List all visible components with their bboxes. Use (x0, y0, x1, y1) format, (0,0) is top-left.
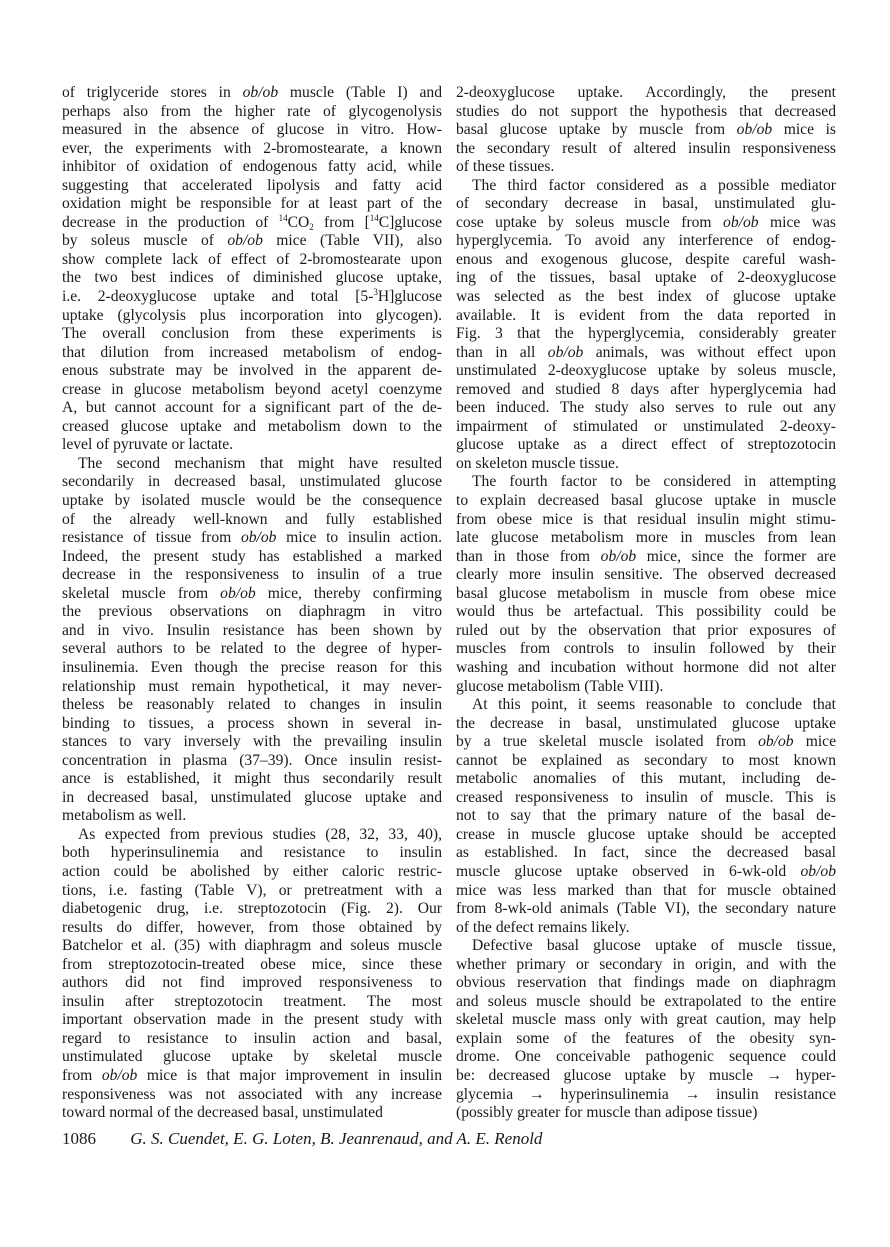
text-line: whether primary or secondary in origin, … (456, 956, 836, 975)
text-line: cose uptake by soleus muscle from ob/ob … (456, 214, 836, 233)
text-line: The third factor considered as a possibl… (456, 177, 836, 196)
text-line: that dilution from increased metabolism … (62, 344, 442, 363)
text-line: of secondary decrease in basal, unstimul… (456, 195, 836, 214)
text-line: removed and studied 8 days after hypergl… (456, 381, 836, 400)
text-line: from obese mice is that residual insulin… (456, 511, 836, 530)
left-column: of triglyceride stores in ob/ob muscle (… (62, 84, 442, 1123)
text-line: of the already well-known and fully esta… (62, 511, 442, 530)
text-line: of triglyceride stores in ob/ob muscle (… (62, 84, 442, 103)
text-line: stances to vary inversely with the preva… (62, 733, 442, 752)
text-line: glycemia → hyperinsulinemia → insulin re… (456, 1086, 836, 1105)
text-line: secondarily in decreased basal, unstimul… (62, 473, 442, 492)
text-line: washing and incubation without hormone d… (456, 659, 836, 678)
text-line: muscles from controls to insulin followe… (456, 640, 836, 659)
text-line: ance is established, it might thus secon… (62, 770, 442, 789)
text-line: the two best indices of diminished gluco… (62, 269, 442, 288)
text-line: important observation made in the presen… (62, 1011, 442, 1030)
paragraph: The third factor considered as a possibl… (456, 177, 836, 474)
text-line: The fourth factor to be considered in at… (456, 473, 836, 492)
text-line: both hyperinsulinemia and resistance to … (62, 844, 442, 863)
text-line: Batchelor et al. (35) with diaphragm and… (62, 937, 442, 956)
text-line: ever, the experiments with 2-bromosteara… (62, 140, 442, 159)
text-line: perhaps also from the higher rate of gly… (62, 103, 442, 122)
text-line: and in vivo. Insulin resistance has been… (62, 622, 442, 641)
text-line: basal glucose metabolism in muscle from … (456, 585, 836, 604)
text-line: insulin after streptozotocin treatment. … (62, 993, 442, 1012)
paragraph: At this point, it seems reasonable to co… (456, 696, 836, 937)
text-line: the secondary result of altered insulin … (456, 140, 836, 159)
text-line: on skeleton muscle tissue. (456, 455, 836, 474)
text-line: oxidation might be responsible for at le… (62, 195, 442, 214)
paragraph: As expected from previous studies (28, 3… (62, 826, 442, 1123)
text-line: uptake (glycolysis plus incorporation in… (62, 307, 442, 326)
text-line: than in those from ob/ob mice, since the… (456, 548, 836, 567)
text-line: than in all ob/ob animals, was without e… (456, 344, 836, 363)
text-line: creased glucose uptake and metabolism do… (62, 418, 442, 437)
text-line: of the defect remains likely. (456, 919, 836, 938)
text-line: mice was less marked than that for muscl… (456, 882, 836, 901)
text-line: clearly more insulin sensitive. The obse… (456, 566, 836, 585)
text-line: impairment of stimulated or unstimulated… (456, 418, 836, 437)
paragraph: of triglyceride stores in ob/ob muscle (… (62, 84, 442, 455)
text-line: action could be abolished by either calo… (62, 863, 442, 882)
text-line: i.e. 2-deoxyglucose uptake and total [5-… (62, 288, 442, 307)
text-line: tions, i.e. fasting (Table V), or pretre… (62, 882, 442, 901)
text-line: suggesting that accelerated lipolysis an… (62, 177, 442, 196)
text-line: available. It is evident from the data r… (456, 307, 836, 326)
text-line: as established. In fact, since the decre… (456, 844, 836, 863)
page-number: 1086 (62, 1129, 126, 1149)
journal-page: of triglyceride stores in ob/ob muscle (… (0, 0, 890, 1247)
text-line: The overall conclusion from these experi… (62, 325, 442, 344)
text-line: uptake by isolated muscle would be the c… (62, 492, 442, 511)
text-line: responsiveness was not associated with a… (62, 1086, 442, 1105)
right-column: 2-deoxyglucose uptake. Accordingly, the … (456, 84, 836, 1123)
text-line: cannot be explained as secondary to most… (456, 752, 836, 771)
text-line: several authors to be related to the deg… (62, 640, 442, 659)
text-line: was selected as the best index of glucos… (456, 288, 836, 307)
text-line: glucose metabolism (Table VIII). (456, 678, 836, 697)
text-line: The second mechanism that might have res… (62, 455, 442, 474)
text-line: drome. One conceivable pathogenic sequen… (456, 1048, 836, 1067)
text-line: decrease in the responsiveness to insuli… (62, 566, 442, 585)
text-line: been induced. The study also serves to r… (456, 399, 836, 418)
text-line: enous and exogenous glucose, despite car… (456, 251, 836, 270)
text-line: from 8-wk-old animals (Table VI), the se… (456, 900, 836, 919)
text-line: results do differ, however, from those o… (62, 919, 442, 938)
text-line: insulinemia. Even though the precise rea… (62, 659, 442, 678)
text-line: A, but cannot account for a significant … (62, 399, 442, 418)
text-line: from streptozotocin-treated obese mice, … (62, 956, 442, 975)
text-line: creased responsiveness to insulin of mus… (456, 789, 836, 808)
paragraph: 2-deoxyglucose uptake. Accordingly, the … (456, 84, 836, 177)
text-line: toward normal of the decreased basal, un… (62, 1104, 442, 1123)
text-line: basal glucose uptake by muscle from ob/o… (456, 121, 836, 140)
text-line: crease in muscle glucose uptake should b… (456, 826, 836, 845)
text-line: and soleus muscle should be extrapolated… (456, 993, 836, 1012)
text-line: from ob/ob mice is that major improvemen… (62, 1067, 442, 1086)
text-line: Defective basal glucose uptake of muscle… (456, 937, 836, 956)
text-line: regard to resistance to insulin action a… (62, 1030, 442, 1049)
text-line: level of pyruvate or lactate. (62, 436, 442, 455)
text-line: relationship must remain hypothetical, i… (62, 678, 442, 697)
text-line: be: decreased glucose uptake by muscle →… (456, 1067, 836, 1086)
text-line: not to say that the primary nature of th… (456, 807, 836, 826)
text-line: concentration in plasma (37–39). Once in… (62, 752, 442, 771)
text-line: crease in glucose metabolism beyond acet… (62, 381, 442, 400)
text-line: metabolic anomalies of this mutant, incl… (456, 770, 836, 789)
text-line: the decrease in basal, unstimulated gluc… (456, 715, 836, 734)
text-line: binding to tissues, a process shown in s… (62, 715, 442, 734)
page-footer: 1086 G. S. Cuendet, E. G. Loten, B. Jean… (62, 1129, 542, 1149)
text-line: late glucose metabolism more in muscles … (456, 529, 836, 548)
text-line: hyperglycemia. To avoid any interference… (456, 232, 836, 251)
text-line: inhibitor of oxidation of endogenous fat… (62, 158, 442, 177)
paragraph: The second mechanism that might have res… (62, 455, 442, 826)
text-line: ruled out by the observation that prior … (456, 622, 836, 641)
text-line: the previous observations on diaphragm i… (62, 603, 442, 622)
author-line: G. S. Cuendet, E. G. Loten, B. Jeanrenau… (130, 1129, 542, 1148)
text-line: unstimulated glucose uptake by skeletal … (62, 1048, 442, 1067)
text-line: muscle glucose uptake observed in 6-wk-o… (456, 863, 836, 882)
text-line: by soleus muscle of ob/ob mice (Table VI… (62, 232, 442, 251)
text-line: skeletal muscle mass only with great cau… (456, 1011, 836, 1030)
text-line: explain some of the features of the obes… (456, 1030, 836, 1049)
text-line: Fig. 3 that the hyperglycemia, considera… (456, 325, 836, 344)
text-line: resistance of tissue from ob/ob mice to … (62, 529, 442, 548)
text-line: obvious reservation that findings made o… (456, 974, 836, 993)
text-line: skeletal muscle from ob/ob mice, thereby… (62, 585, 442, 604)
text-line: As expected from previous studies (28, 3… (62, 826, 442, 845)
text-line: would thus be artefactual. This possibil… (456, 603, 836, 622)
text-line: ing of the tissues, basal uptake of 2-de… (456, 269, 836, 288)
text-line: decrease in the production of 14CO2 from… (62, 214, 442, 233)
text-line: measured in the absence of glucose in vi… (62, 121, 442, 140)
text-line: enous substrate may be involved in the a… (62, 362, 442, 381)
text-line: unstimulated 2-deoxyglucose uptake by so… (456, 362, 836, 381)
text-line: show complete lack of effect of 2-bromos… (62, 251, 442, 270)
text-line: glucose uptake as a direct effect of str… (456, 436, 836, 455)
text-line: 2-deoxyglucose uptake. Accordingly, the … (456, 84, 836, 103)
text-line: by a true skeletal muscle isolated from … (456, 733, 836, 752)
paragraph: Defective basal glucose uptake of muscle… (456, 937, 836, 1122)
text-line: of these tissues. (456, 158, 836, 177)
text-line: At this point, it seems reasonable to co… (456, 696, 836, 715)
text-line: authors did not find improved responsive… (62, 974, 442, 993)
text-line: theless be reasonably related to changes… (62, 696, 442, 715)
text-line: in decreased basal, unstimulated glucose… (62, 789, 442, 808)
text-line: to explain decreased basal glucose uptak… (456, 492, 836, 511)
text-line: Indeed, the present study has establishe… (62, 548, 442, 567)
text-line: (possibly greater for muscle than adipos… (456, 1104, 836, 1123)
paragraph: The fourth factor to be considered in at… (456, 473, 836, 696)
text-line: diabetogenic drug, i.e. streptozotocin (… (62, 900, 442, 919)
text-line: metabolism as well. (62, 807, 442, 826)
text-line: studies do not support the hypothesis th… (456, 103, 836, 122)
